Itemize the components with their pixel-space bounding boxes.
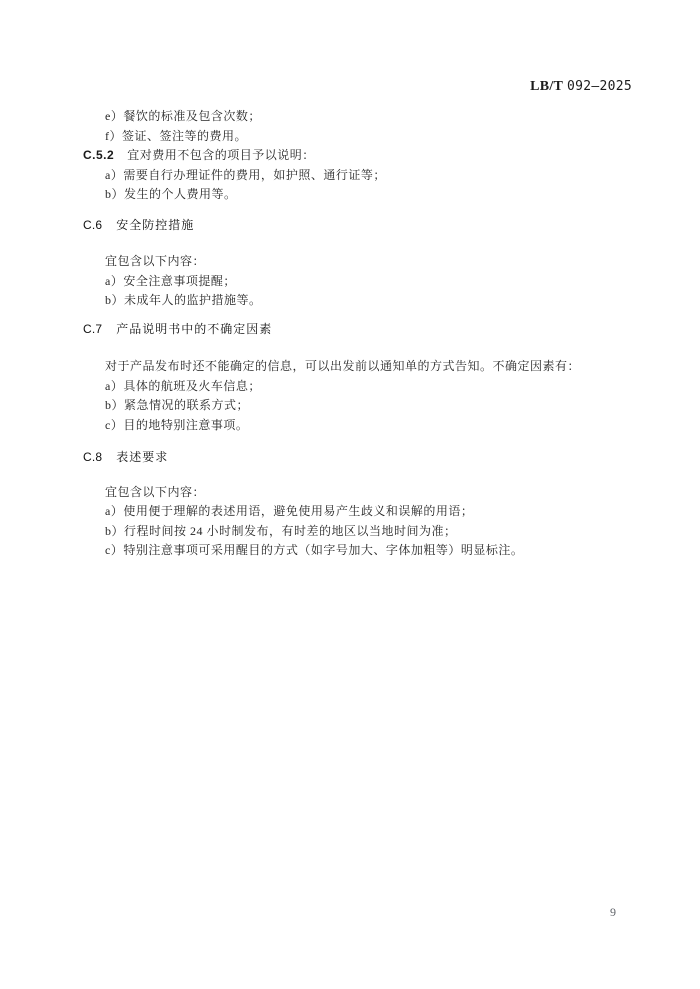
list-item-c7-c: c）目的地特别注意事项。: [105, 416, 632, 436]
list-item-c8-b: b）行程时间按 24 小时制发布，有时差的地区以当地时间为准；: [105, 522, 632, 542]
document-page: LB/T 092—2025 e）餐饮的标准及包含次数； f）签证、签注等的费用。…: [0, 0, 700, 989]
clause-c52: C.5.2宜对费用不包含的项目予以说明：: [83, 146, 632, 166]
list-item-c5-f: f）签证、签注等的费用。: [105, 127, 632, 147]
list-item-c52-b: b）发生的个人费用等。: [105, 185, 632, 205]
standard-number: LB/T 092—2025: [530, 79, 632, 94]
page-header: LB/T 092—2025: [83, 79, 632, 94]
list-item-c52-a: a）需要自行办理证件的费用，如护照、通行证等；: [105, 166, 632, 186]
section-heading-c7: C.7产品说明书中的不确定因素: [83, 320, 632, 340]
paragraph-c6-intro: 宜包含以下内容：: [105, 252, 632, 272]
paragraph-c7-intro: 对于产品发布时还不能确定的信息，可以出发前以通知单的方式告知。不确定因素有：: [105, 357, 632, 377]
page-number: 9: [610, 905, 616, 920]
standard-prefix: LB/T: [530, 79, 563, 94]
clause-text: 宜对费用不包含的项目予以说明：: [127, 148, 315, 162]
paragraph-c8-intro: 宜包含以下内容：: [105, 483, 632, 503]
list-item-c8-c: c）特别注意事项可采用醒目的方式（如字号加大、字体加粗等）明显标注。: [105, 541, 632, 561]
section-number: C.7: [83, 322, 102, 336]
list-item-c6-b: b）未成年人的监护措施等。: [105, 291, 632, 311]
section-heading-c6: C.6安全防控措施: [83, 216, 632, 236]
list-item-c5-e: e）餐饮的标准及包含次数；: [105, 107, 632, 127]
document-content: e）餐饮的标准及包含次数； f）签证、签注等的费用。 C.5.2宜对费用不包含的…: [83, 107, 632, 561]
list-item-c7-a: a）具体的航班及火车信息；: [105, 377, 632, 397]
section-number: C.8: [83, 450, 102, 464]
list-item-c7-b: b）紧急情况的联系方式；: [105, 396, 632, 416]
section-title: 表述要求: [116, 450, 168, 464]
section-title: 产品说明书中的不确定因素: [116, 322, 272, 336]
list-item-c6-a: a）安全注意事项提醒；: [105, 272, 632, 292]
section-heading-c8: C.8表述要求: [83, 448, 632, 468]
section-number: C.6: [83, 218, 102, 232]
clause-number: C.5.2: [83, 148, 114, 162]
list-item-c8-a: a）使用便于理解的表述用语，避免使用易产生歧义和误解的用语；: [105, 502, 632, 522]
section-title: 安全防控措施: [116, 218, 194, 232]
standard-code: 092—2025: [567, 79, 632, 94]
